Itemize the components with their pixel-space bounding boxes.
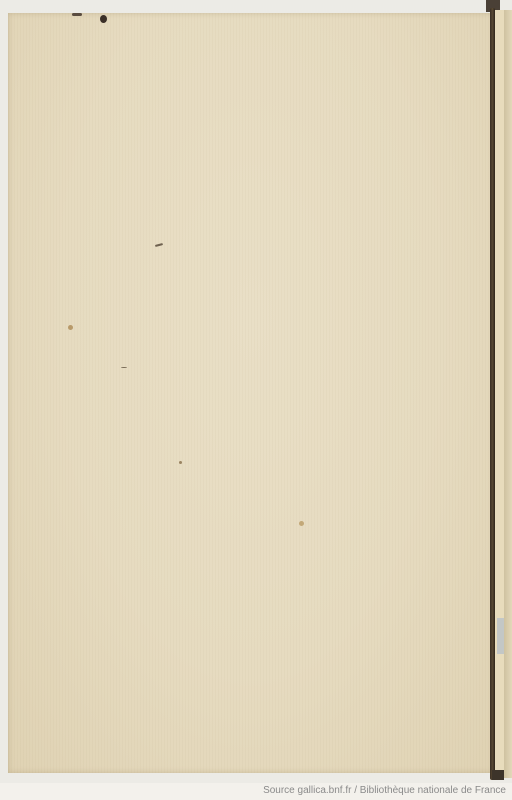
stain-spot [155,243,163,247]
stain-spot [68,325,73,330]
binding-edge [504,10,512,778]
stain-spot [179,461,182,464]
tape-fragment [497,618,504,654]
blank-page [8,13,494,773]
book-spine [490,8,495,780]
page-gutter [495,10,504,778]
source-credit: Source gallica.bnf.fr / Bibliothèque nat… [263,784,506,798]
stain-spot [121,367,127,368]
spine-bottom-cap [492,770,504,780]
ink-blot [100,15,107,23]
stain-spot [299,521,304,526]
ink-mark [72,13,82,16]
